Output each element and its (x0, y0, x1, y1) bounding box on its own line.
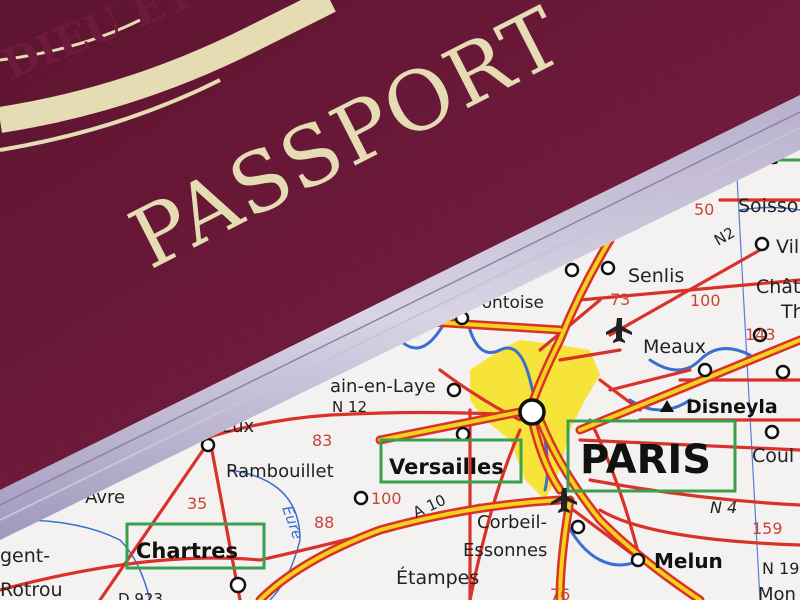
distance-159: 159 (752, 519, 783, 538)
label-chartres: Chartres (136, 539, 238, 563)
road-d923: D 923 (118, 590, 163, 600)
label-paris: PARIS (580, 437, 711, 483)
label-pontoise: Pontoise (472, 293, 544, 313)
label-montereau: Mon (758, 584, 796, 600)
label-dreux: reux (214, 416, 254, 437)
label-chateau-1: Chât (756, 276, 800, 298)
distance-50: 50 (694, 200, 714, 219)
label-versailles: Versailles (389, 455, 504, 479)
label-villers: Vil (776, 236, 799, 258)
road-n4: N 4 (710, 498, 737, 517)
label-st-germain: ain-en-Laye (330, 376, 436, 397)
road-map: PARIS Versailles Chartres Pontoise Senli… (0, 0, 800, 600)
road-n19: N 19 (762, 559, 799, 578)
distance-100-east: 100 (690, 291, 721, 310)
photo-scene: PARIS Versailles Chartres Pontoise Senli… (0, 0, 800, 600)
distance-76: 76 (550, 585, 570, 600)
label-rambouillet: Rambouillet (226, 461, 334, 482)
label-etampes: Étampes (396, 566, 479, 589)
label-corbeil-1: Corbeil- (477, 512, 547, 533)
label-compiegne: gne (739, 147, 779, 169)
distance-143: 143 (745, 325, 776, 344)
label-nogent-1: gent- (0, 545, 50, 567)
label-soissons: Soisso (738, 195, 798, 217)
distance-83: 83 (312, 431, 332, 450)
label-senlis: Senlis (628, 265, 684, 287)
distance-88: 88 (314, 513, 334, 532)
road-n12: N 12 (332, 398, 367, 416)
label-corbeil-2: Essonnes (463, 540, 547, 561)
distance-100-west: 100 (371, 489, 402, 508)
label-disneyland: Disneyla (686, 396, 778, 418)
label-chateau-2: Th (780, 301, 800, 323)
label-meaux: Meaux (643, 336, 706, 358)
label-verneuil-1: uil- (108, 458, 136, 479)
label-coulommiers: Coul (752, 445, 794, 467)
label-nogent-2: Rotrou (0, 579, 62, 600)
label-melun: Melun (654, 549, 723, 573)
label-verneuil-2: sur-Avre (52, 487, 125, 508)
distance-35: 35 (187, 494, 207, 513)
distance-73: 73 (610, 290, 630, 309)
